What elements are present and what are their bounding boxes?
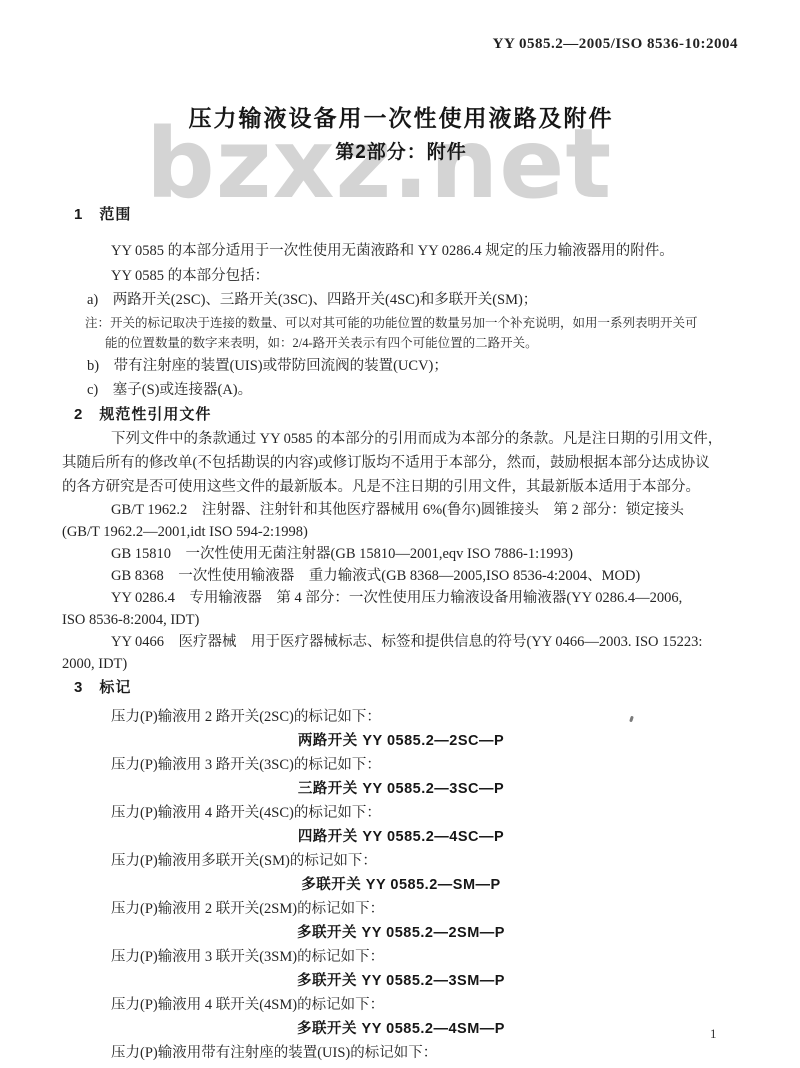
designation-lead: 压力(P)输液用 3 路开关(3SC)的标记如下： <box>62 753 740 777</box>
reference-item: GB/T 1962.2 注射器、注射针和其他医疗器械用 6%(鲁尔)圆锥接头 第… <box>62 499 740 521</box>
reference-item: GB 15810 一次性使用无菌注射器(GB 15810—2001,eqv IS… <box>62 543 740 565</box>
section1-heading: 1 范围 <box>74 206 740 224</box>
designation-lead: 压力(P)输液用 4 联开关(4SM)的标记如下： <box>62 993 740 1017</box>
designation-value: 多联开关 YY 0585.2—SM—P <box>62 873 740 897</box>
scope-note-line1: 注：开关的标记取决于连接的数量、可以对其可能的功能位置的数量另加一个补充说明，如… <box>85 313 740 334</box>
section3-heading: 3 标记 <box>74 679 740 697</box>
references-intro-line1: 下列文件中的条款通过 YY 0585 的本部分的引用而成为本部分的条款。凡是注日… <box>62 427 740 451</box>
reference-item: YY 0466 医疗器械 用于医疗器械标志、标签和提供信息的符号(YY 0466… <box>62 631 740 653</box>
designation-value: 四路开关 YY 0585.2—4SC—P <box>62 825 740 849</box>
designation-value: 多联开关 YY 0585.2—3SM—P <box>62 969 740 993</box>
scope-paragraph-1: YY 0585 的本部分适用于一次性使用无菌液路和 YY 0286.4 规定的压… <box>62 239 740 264</box>
designation-list: 压力(P)输液用 2 路开关(2SC)的标记如下： 两路开关 YY 0585.2… <box>62 705 740 1065</box>
references-intro-line2: 其随后所有的修改单(不包括勘误的内容)或修订版均不适用于本部分，然而，鼓励根据本… <box>62 451 740 475</box>
reference-item-continuation: 2000, IDT) <box>62 653 740 675</box>
designation-lead: 压力(P)输液用 4 路开关(4SC)的标记如下： <box>62 801 740 825</box>
reference-item-continuation: ISO 8536-8:2004, IDT) <box>62 609 740 631</box>
reference-item-continuation: (GB/T 1962.2—2001,idt ISO 594-2:1998) <box>62 521 740 543</box>
designation-value: 两路开关 YY 0585.2—2SC—P <box>62 729 740 753</box>
designation-value: 三路开关 YY 0585.2—3SC—P <box>62 777 740 801</box>
scope-item-a: a) 两路开关(2SC)、三路开关(3SC)、四路开关(4SC)和多联开关(SM… <box>87 288 740 313</box>
document-title-line1: 压力输液设备用一次性使用液路及附件 <box>62 102 740 134</box>
designation-lead: 压力(P)输液用 2 路开关(2SC)的标记如下： <box>62 705 740 729</box>
references-intro-line3: 的各方研究是否可使用这些文件的最新版本。凡是不注日期的引用文件，其最新版本适用于… <box>62 475 740 499</box>
designation-lead: 压力(P)输液用 2 联开关(2SM)的标记如下： <box>62 897 740 921</box>
reference-item: YY 0286.4 专用输液器 第 4 部分：一次性使用压力输液设备用输液器(Y… <box>62 587 740 609</box>
scope-item-c: c) 塞子(S)或连接器(A)。 <box>87 378 740 403</box>
scope-item-b: b) 带有注射座的装置(UIS)或带防回流阀的装置(UCV)； <box>87 354 740 379</box>
designation-lead: 压力(P)输液用带有注射座的装置(UIS)的标记如下： <box>62 1041 740 1065</box>
page-content: 压力输液设备用一次性使用液路及附件 第2部分：附件 1 范围 YY 0585 的… <box>62 0 740 1065</box>
designation-value: 多联开关 YY 0585.2—4SM—P <box>62 1017 740 1041</box>
designation-lead: 压力(P)输液用 3 联开关(3SM)的标记如下： <box>62 945 740 969</box>
scanned-standard-page: YY 0585.2—2005/ISO 8536-10:2004 bzxz.net… <box>0 0 800 1068</box>
document-title-line2: 第2部分：附件 <box>62 140 740 166</box>
scope-note-line2: 能的位置数量的数字来表明，如：2/4-路开关表示有四个可能位置的二路开关。 <box>105 333 740 354</box>
section2-heading: 2 规范性引用文件 <box>74 406 740 424</box>
designation-lead: 压力(P)输液用多联开关(SM)的标记如下： <box>62 849 740 873</box>
designation-value: 多联开关 YY 0585.2—2SM—P <box>62 921 740 945</box>
reference-item: GB 8368 一次性使用输液器 重力输液式(GB 8368—2005,ISO … <box>62 565 740 587</box>
scope-paragraph-2: YY 0585 的本部分包括： <box>62 264 740 289</box>
